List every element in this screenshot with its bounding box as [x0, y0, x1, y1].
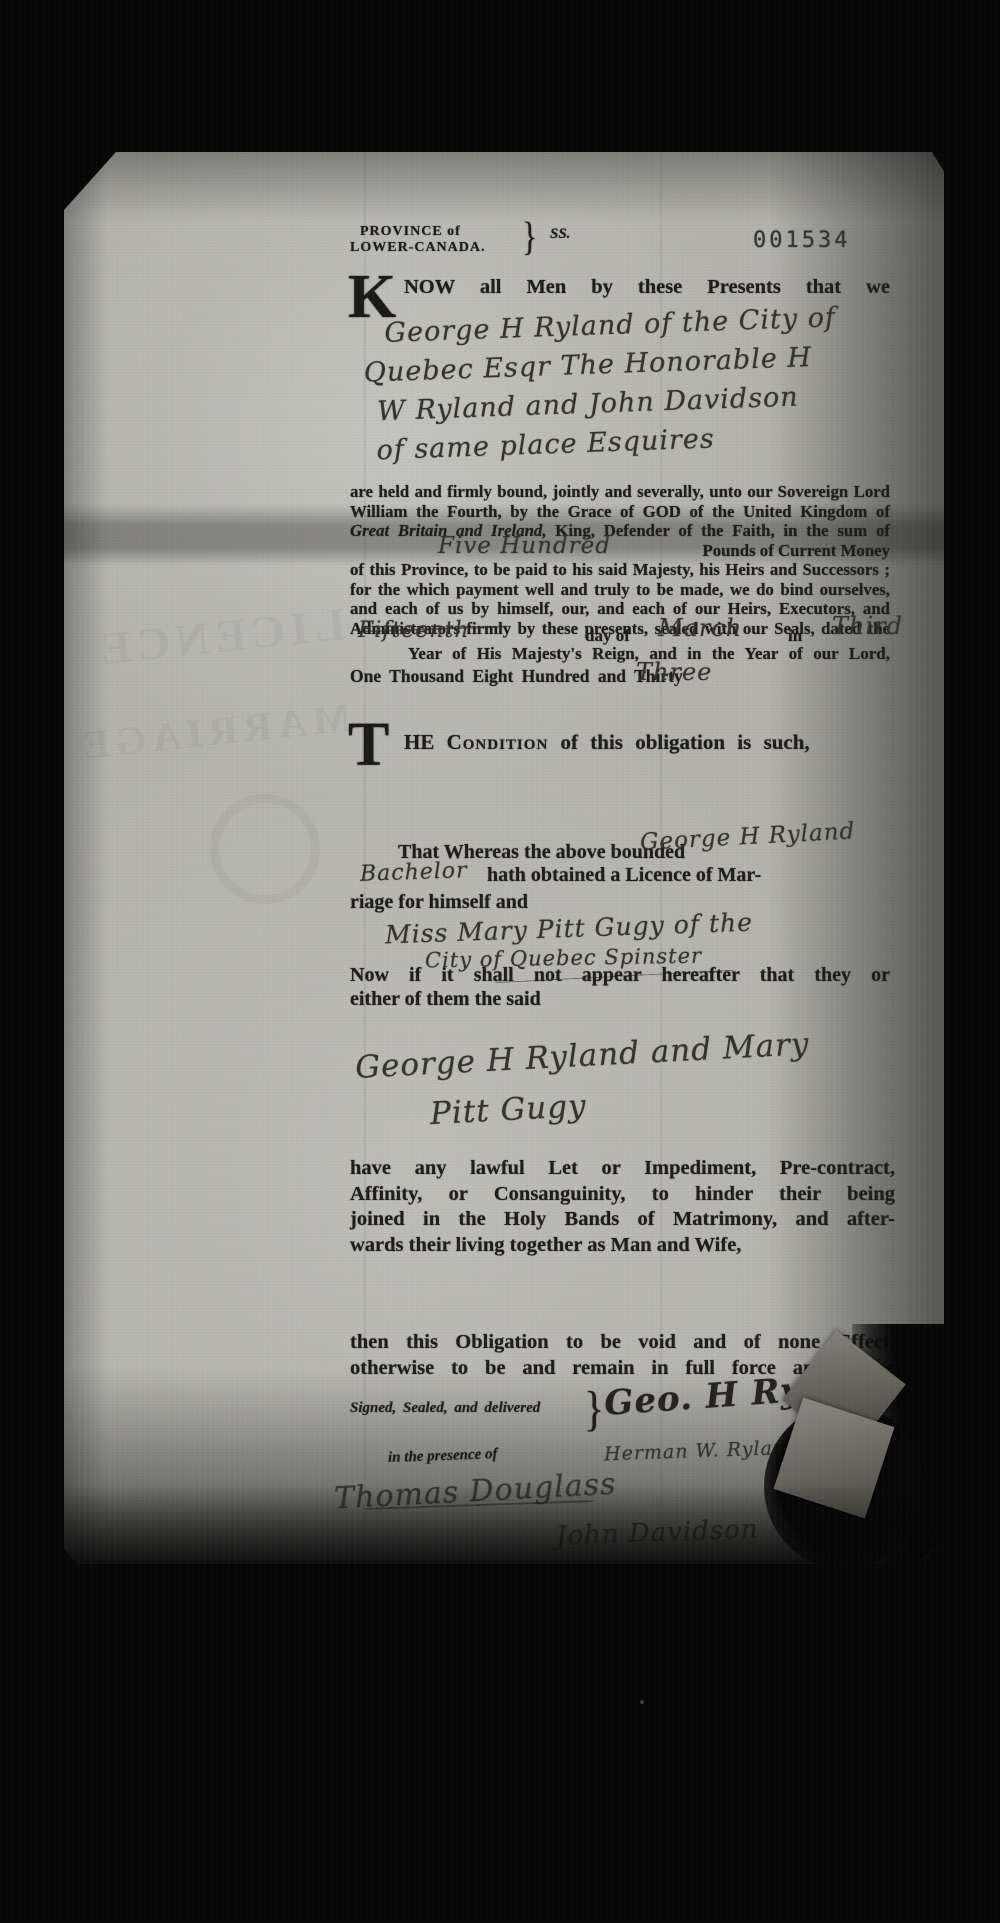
- dropcap-t: T: [348, 718, 389, 772]
- bond-paragraph: are held and firmly bound, jointly and s…: [350, 482, 890, 638]
- whereas-line4: Now if it shall not appear hereafter tha…: [350, 964, 890, 987]
- bond-line: are held and firmly bound, jointly and s…: [350, 482, 890, 502]
- presence-label: in the presence of: [388, 1446, 498, 1467]
- in-label: in: [788, 626, 802, 646]
- know-opening-line: NOW all Men by these Presents that we: [404, 276, 890, 299]
- handwritten-line: George H Ryland of the City of: [384, 302, 836, 349]
- execution-brace: }: [584, 1382, 604, 1437]
- impediment-line: Affinity, or Consanguinity, to hinder th…: [350, 1182, 895, 1208]
- bond-amount-line: Five Hundred Pounds of Current Money: [350, 541, 890, 561]
- handwritten-year: Three: [636, 658, 712, 686]
- bond-line: William the Fourth, by the Grace of GOD …: [350, 502, 890, 522]
- signed-sealed-label: Signed, Sealed, and delivered: [350, 1400, 540, 1417]
- condition-word: Condition: [447, 730, 549, 754]
- year-words-line: One Thousand Eight Hundred and Thirty: [350, 666, 683, 687]
- whereas-line5: either of them the said: [350, 988, 541, 1011]
- handwritten-regnal-year: Third: [832, 612, 903, 640]
- handwritten-groom-name: George H Ryland: [639, 818, 855, 855]
- handwritten-line: of same place Esquires: [376, 420, 828, 467]
- impediment-line: joined in the Holy Bands of Matrimony, a…: [350, 1207, 895, 1233]
- handwritten-couple-line2: Pitt Gugy: [429, 1088, 587, 1132]
- condition-heading: HE Condition of this obligation is such,: [404, 730, 892, 755]
- province-line1: PROVINCE of: [360, 224, 461, 240]
- void-line: then this Obligation to be void and of n…: [350, 1329, 895, 1355]
- province-line2: LOWER-CANADA.: [350, 240, 486, 256]
- bleedthrough-text: MARRIAGE: [74, 694, 352, 769]
- whereas-line3: riage for himself and: [350, 891, 528, 914]
- bleedthrough-text: LICENCE: [92, 597, 348, 676]
- dropcap-k: K: [348, 270, 396, 324]
- handwritten-parties-block: George H Ryland of the City of Quebec Es…: [384, 302, 840, 442]
- impediment-paragraph: have any lawful Let or Impediment, Pre-c…: [350, 1156, 895, 1258]
- condition-he: HE: [404, 730, 447, 754]
- ss-abbreviation: SS.: [550, 226, 570, 243]
- handwritten-line: Quebec Esqr The Honorable H: [363, 342, 815, 389]
- bond-line: of this Province, to be paid to his said…: [350, 560, 890, 580]
- scanned-photograph-frame: LICENCE MARRIAGE PROVINCE of LOWER-CANAD…: [0, 0, 1000, 1923]
- day-of-label: day of: [585, 626, 630, 646]
- film-speck: [640, 1700, 644, 1704]
- stamp-number: 001534: [753, 228, 850, 253]
- whereas-line2: hath obtained a Licence of Mar-: [487, 864, 761, 887]
- handwritten-amount: Five Hundred: [438, 537, 611, 557]
- bond-line: and each of us by himself, our, and each…: [350, 599, 890, 619]
- header-brace: }: [522, 213, 537, 259]
- bond-document-paper: LICENCE MARRIAGE PROVINCE of LOWER-CANAD…: [64, 152, 944, 1564]
- impediment-line: have any lawful Let or Impediment, Pre-c…: [350, 1156, 895, 1182]
- bond-line: for the which payment well and truly to …: [350, 580, 890, 600]
- handwritten-line: W Ryland and John Davidson: [377, 380, 829, 427]
- condition-rest: of this obligation is such,: [548, 730, 809, 754]
- handwritten-status: Bachelor: [360, 858, 468, 887]
- bond-line: Great Britain and Ireland, King, Defende…: [350, 521, 890, 541]
- signature-witness-john: John Davidson: [556, 1514, 760, 1551]
- handwritten-couple-line1: George H Ryland and Mary: [354, 1026, 810, 1086]
- impediment-line: wards their living together as Man and W…: [350, 1233, 895, 1259]
- bleedthrough-seal-ring: [210, 794, 320, 904]
- bond-amount-suffix: Pounds of Current Money: [702, 541, 890, 561]
- handwritten-month: March: [658, 614, 742, 642]
